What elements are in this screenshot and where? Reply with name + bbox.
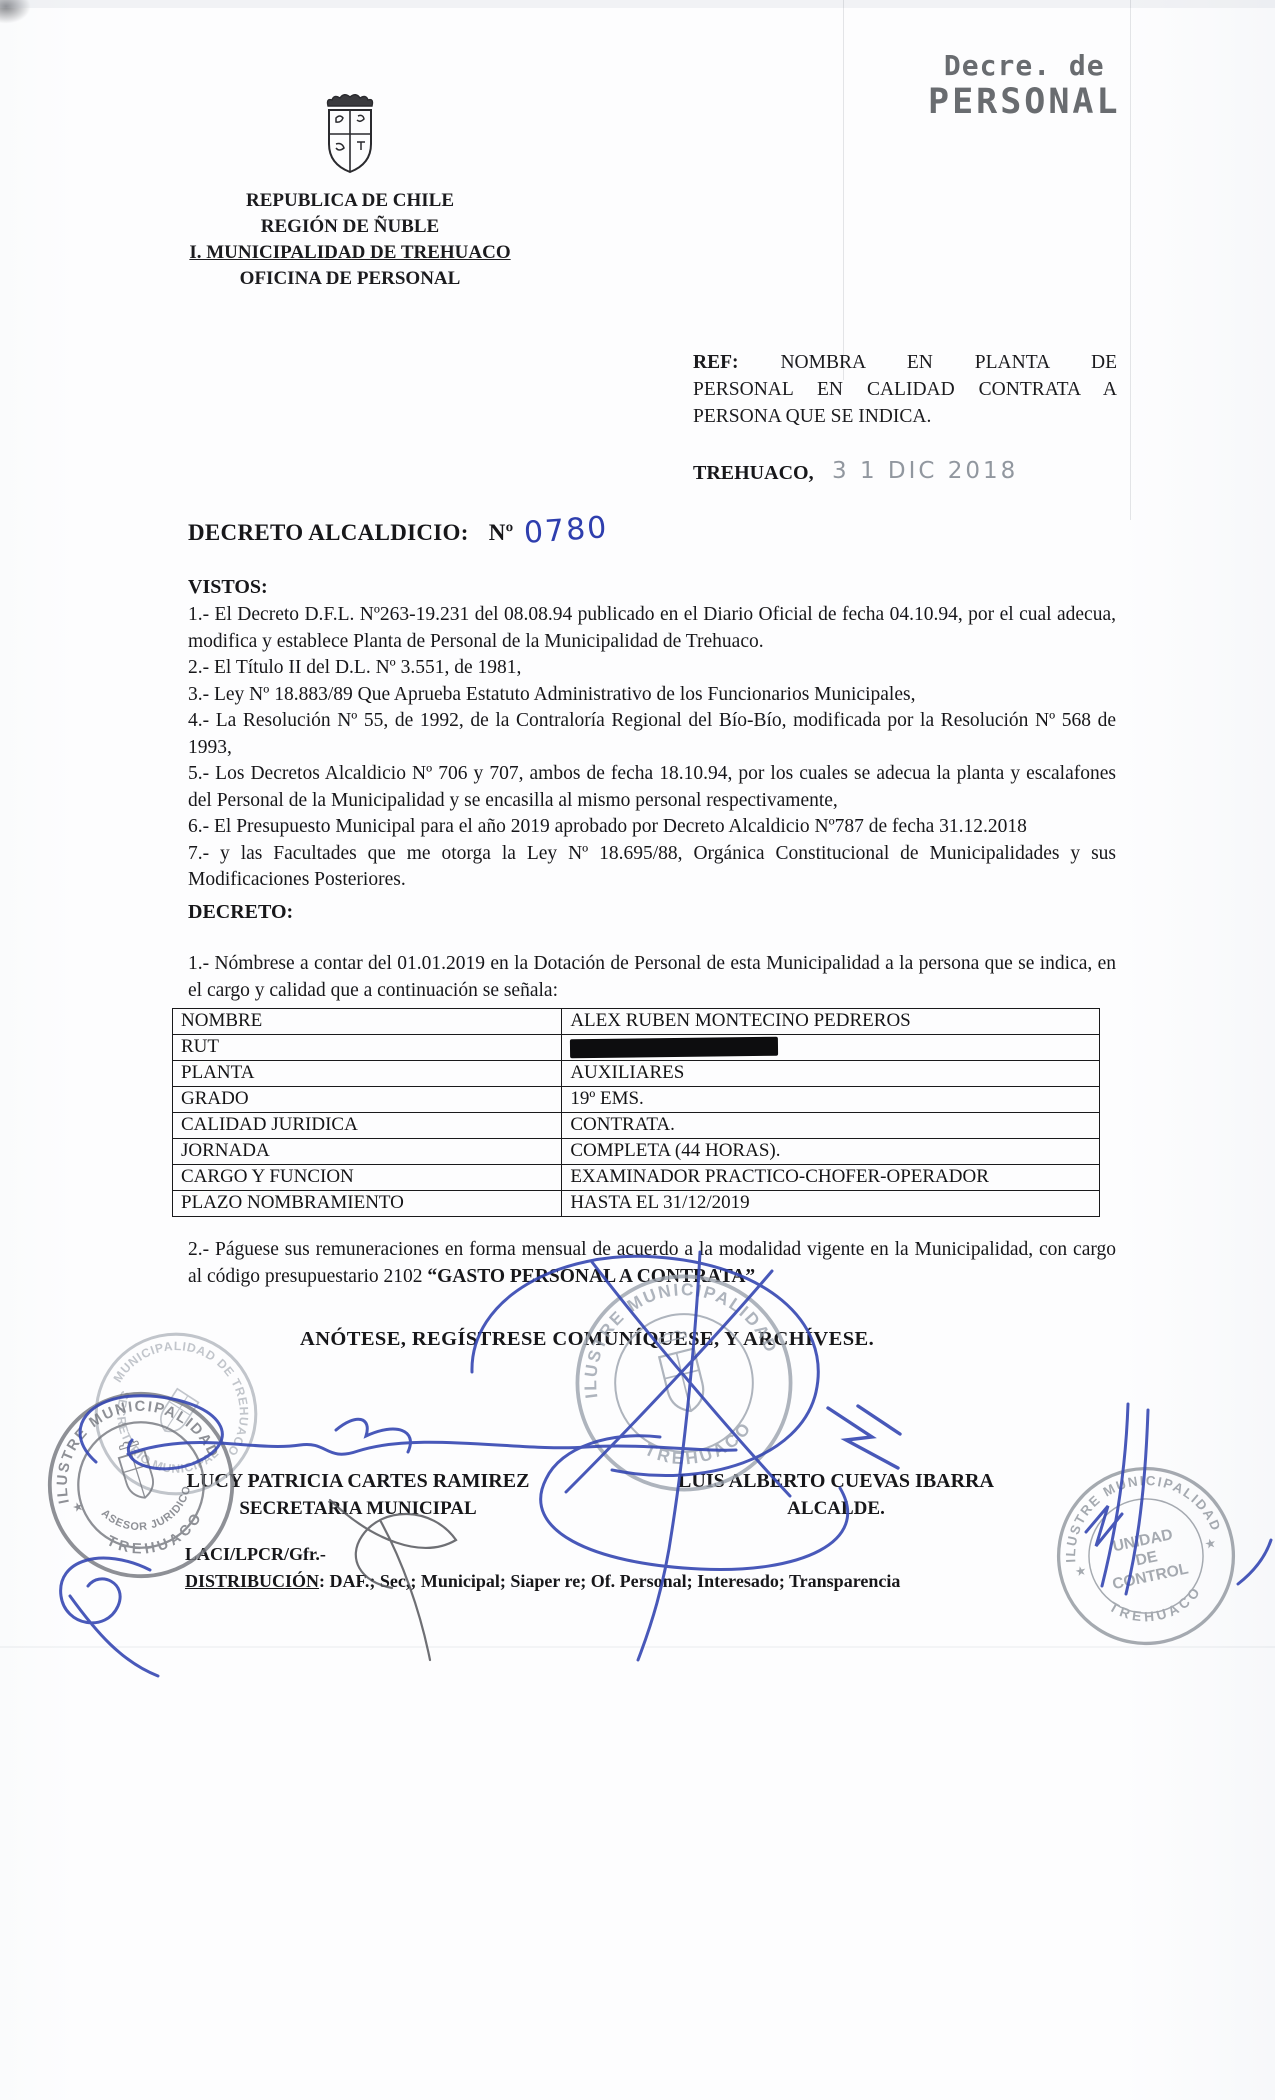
decree-title: DECRETO ALCALDICIO: Nº0780 <box>188 513 608 548</box>
vistos-item: 1.- El Decreto D.F.L. Nº263-19.231 del 0… <box>188 602 1116 655</box>
mayor-title: ALCALDE. <box>652 1498 1020 1520</box>
header-country: REPUBLICA DE CHILE <box>150 188 550 214</box>
row-label: JORNADA <box>173 1139 562 1165</box>
vistos-item: 7.- y las Facultades que me otorga la Le… <box>188 841 1116 894</box>
decree-number-handwritten: 0780 <box>522 510 609 551</box>
appointment-table: NOMBRE ALEX RUBEN MONTECINO PEDREROS RUT… <box>172 1008 1100 1217</box>
scanned-decree-page: Decre. de PERSONAL REPUBLICA DE CHILE RE… <box>0 0 1275 2100</box>
vistos-item: 4.- La Resolución Nº 55, de 1992, de la … <box>188 708 1116 761</box>
vistos-item: 3.- Ley Nº 18.883/89 Que Aprueba Estatut… <box>188 682 1116 709</box>
ref-line: PERSONA QUE SE INDICA. <box>693 403 1117 430</box>
table-row: JORNADA COMPLETA (44 HORAS). <box>173 1139 1100 1165</box>
row-value: EXAMINADOR PRACTICO-CHOFER-OPERADOR <box>562 1165 1100 1191</box>
vistos-list: 1.- El Decreto D.F.L. Nº263-19.231 del 0… <box>188 602 1116 894</box>
row-value: AUXILIARES <box>562 1061 1100 1087</box>
table-row: PLAZO NOMBRAMIENTO HASTA EL 31/12/2019 <box>173 1191 1100 1217</box>
row-label: CALIDAD JURIDICA <box>173 1113 562 1139</box>
vistos-item: 2.- El Título II del D.L. Nº 3.551, de 1… <box>188 655 1116 682</box>
row-value: HASTA EL 31/12/2019 <box>562 1191 1100 1217</box>
row-value: ALEX RUBEN MONTECINO PEDREROS <box>562 1009 1100 1035</box>
header-municipality: I. MUNICIPALIDAD DE TREHUACO <box>150 240 550 266</box>
municipal-crest-icon <box>314 92 386 184</box>
star-icon: ★ <box>71 1499 86 1516</box>
row-value: CONTRATA. <box>562 1113 1100 1139</box>
seal-crest-icon <box>654 1328 708 1415</box>
scan-crease <box>843 0 844 380</box>
letterhead: REPUBLICA DE CHILE REGIÓN DE ÑUBLE I. MU… <box>150 92 550 292</box>
decree-title-label: DECRETO ALCALDICIO: <box>188 520 469 545</box>
scan-crease <box>1130 0 1131 520</box>
row-label: GRADO <box>173 1087 562 1113</box>
svg-text:TREHUACO: TREHUACO <box>101 1505 214 1570</box>
date-stamp: 3 1 DIC 2018 <box>832 458 1018 484</box>
table-row: CARGO Y FUNCION EXAMINADOR PRACTICO-CHOF… <box>173 1165 1100 1191</box>
stamp-line: PERSONAL <box>928 82 1121 122</box>
header-region: REGIÓN DE ÑUBLE <box>150 214 550 240</box>
table-row: GRADO 19º EMS. <box>173 1087 1100 1113</box>
vistos-item: 6.- El Presupuesto Municipal para el año… <box>188 814 1116 841</box>
distribution-text: : DAF.; Sec,; Municipal; Siaper re; Of. … <box>319 1571 900 1591</box>
seal-bottom-text: TREHUACO <box>101 1505 214 1570</box>
row-label: PLANTA <box>173 1061 562 1087</box>
vistos-heading: VISTOS: <box>188 576 268 599</box>
star-icon: ★ <box>1203 1536 1217 1552</box>
control-unit-seal-stamp: ILUSTRE MUNICIPALIDAD TREHUACO ★ ★ UNIDA… <box>1037 1447 1255 1665</box>
scan-band <box>0 0 1275 8</box>
stamp-line: Decre. de <box>928 50 1121 82</box>
ref-block: REF: NOMBRA EN PLANTA DE PERSONAL EN CAL… <box>693 349 1117 430</box>
ref-line: PERSONAL EN CALIDAD CONTRATA A <box>693 376 1117 403</box>
distribution-label: DISTRIBUCIÓN <box>185 1571 319 1591</box>
row-value <box>562 1035 1100 1061</box>
table-row: NOMBRE ALEX RUBEN MONTECINO PEDREROS <box>173 1009 1100 1035</box>
row-label: RUT <box>173 1035 562 1061</box>
ref-line: NOMBRA EN PLANTA DE <box>780 352 1117 373</box>
table-row: RUT <box>173 1035 1100 1061</box>
mayor-signature <box>828 1406 900 1468</box>
header-office: OFICINA DE PERSONAL <box>150 266 550 292</box>
rut-redaction-bar <box>570 1037 778 1059</box>
vistos-item: 5.- Los Decretos Alcaldicio Nº 706 y 707… <box>188 761 1116 814</box>
distribution-line: DISTRIBUCIÓN: DAF.; Sec,; Municipal; Sia… <box>185 1571 900 1592</box>
decree-number-prefix: Nº <box>489 520 514 545</box>
table-row: CALIDAD JURIDICA CONTRATA. <box>173 1113 1100 1139</box>
row-label: CARGO Y FUNCION <box>173 1165 562 1191</box>
row-label: NOMBRE <box>173 1009 562 1035</box>
secretary-signature <box>336 1419 410 1452</box>
ref-label: REF: <box>693 352 739 373</box>
document-type-stamp: Decre. de PERSONAL <box>928 50 1121 122</box>
row-value: 19º EMS. <box>562 1087 1100 1113</box>
seal-crest-icon <box>115 1438 158 1502</box>
dateline-city: TREHUACO, <box>693 462 814 485</box>
row-label: PLAZO NOMBRAMIENTO <box>173 1191 562 1217</box>
row-value: COMPLETA (44 HORAS). <box>562 1139 1100 1165</box>
decreto-paragraph-1: 1.- Nómbrese a contar del 01.01.2019 en … <box>188 950 1116 1004</box>
star-icon: ★ <box>1074 1563 1088 1579</box>
decreto-heading: DECRETO: <box>188 901 293 924</box>
table-row: PLANTA AUXILIARES <box>173 1061 1100 1087</box>
